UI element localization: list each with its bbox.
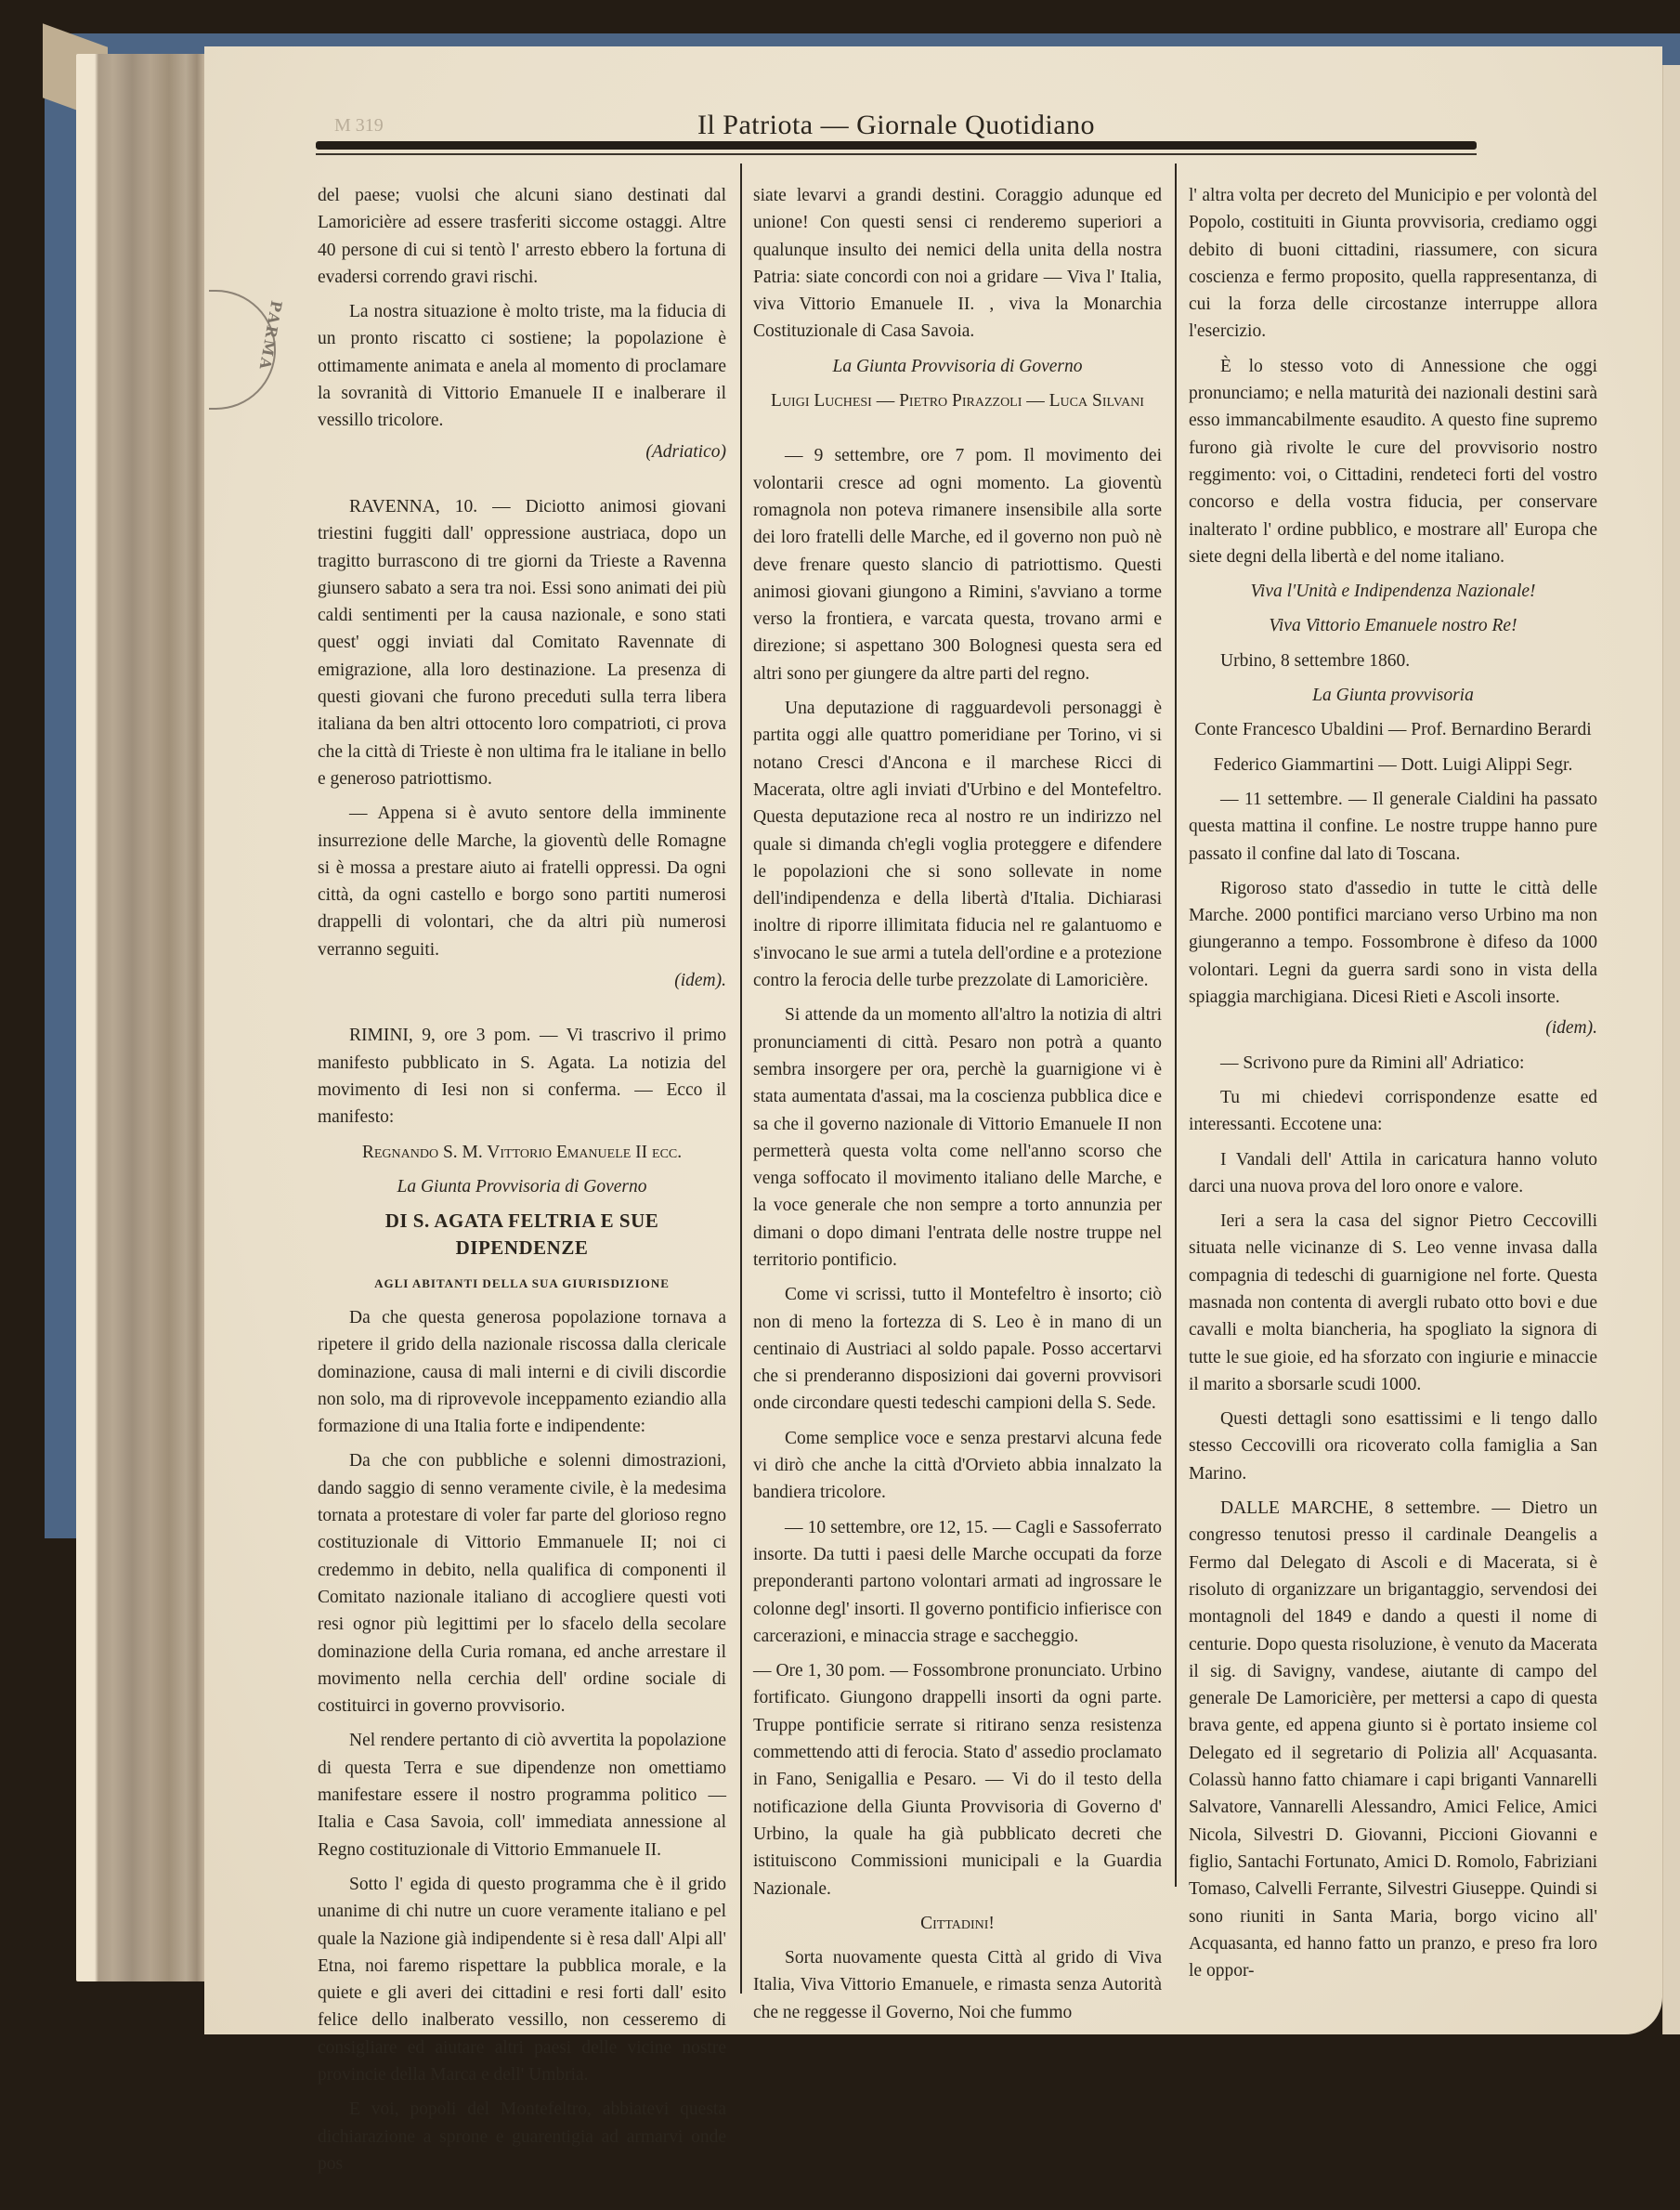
masthead-rule [316, 141, 1477, 150]
source-attribution: (idem). [318, 967, 726, 994]
paragraph: del paese; vuolsi che alcuni siano desti… [318, 182, 726, 291]
paragraph: Viva Vittorio Emanuele nostro Re! [1189, 612, 1597, 639]
paragraph: Nel rendere pertanto di ciò avvertita la… [318, 1727, 726, 1863]
article-column-middle: siate levarvi a grandi destini. Coraggio… [753, 182, 1162, 2033]
paragraph: RIMINI, 9, ore 3 pom. — Vi trascrivo il … [318, 1022, 726, 1131]
paragraph: La Giunta provvisoria [1189, 682, 1597, 709]
spacer [318, 1001, 726, 1022]
paragraph: — 9 settembre, ore 7 pom. Il movimento d… [753, 442, 1162, 687]
paragraph: Si attende da un momento all'altro la no… [753, 1001, 1162, 1274]
paragraph: Regnando S. M. Vittorio Emanuele II ecc. [318, 1139, 726, 1166]
page-edges [76, 54, 206, 1981]
paragraph: Ieri a sera la casa del signor Pietro Ce… [1189, 1208, 1597, 1398]
column-divider-2 [1175, 163, 1177, 1887]
paragraph: Federico Giammartini — Dott. Luigi Alipp… [1189, 752, 1597, 778]
paragraph: La Giunta Provvisoria di Governo [753, 353, 1162, 380]
paragraph: Come vi scrissi, tutto il Montefeltro è … [753, 1281, 1162, 1417]
paragraph: — Ore 1, 30 pom. — Fossombrone pronuncia… [753, 1657, 1162, 1903]
next-page-edge [1662, 65, 1680, 2034]
section-heading: AGLI ABITANTI DELLA SUA GIURISDIZIONE [318, 1270, 726, 1297]
paragraph: — 10 settembre, ore 12, 15. — Cagli e Sa… [753, 1514, 1162, 1650]
paragraph: Sorta nuovamente questa Città al grido d… [753, 1944, 1162, 2026]
paragraph: Rigoroso stato d'assedio in tutte le cit… [1189, 875, 1597, 1011]
masthead-rule-thin [316, 153, 1477, 155]
paragraph: DALLE MARCHE, 8 settembre. — Dietro un c… [1189, 1495, 1597, 1984]
paragraph: Tu mi chiedevi corrispondenze esatte ed … [1189, 1084, 1597, 1139]
paragraph: Cittadini! [753, 1910, 1162, 1937]
section-heading: DI S. AGATA FELTRIA E SUE DIPENDENZE [318, 1208, 726, 1262]
paragraph: — Appena si è avuto sentore della immine… [318, 800, 726, 963]
source-attribution: (idem). [1189, 1014, 1597, 1041]
paragraph: Da che questa generosa popolazione torna… [318, 1304, 726, 1440]
paragraph: Sotto l' egida di questo programma che è… [318, 1871, 726, 2088]
paragraph: Viva l'Unità e Indipendenza Nazionale! [1189, 578, 1597, 605]
paragraph: Come semplice voce e senza prestarvi alc… [753, 1425, 1162, 1507]
masthead-title: Il Patriota — Giornale Quotidiano [316, 110, 1477, 141]
paragraph: I Vandali dell' Attila in caricatura han… [1189, 1146, 1597, 1201]
spacer [318, 473, 726, 493]
paragraph: Una deputazione di ragguardevoli persona… [753, 695, 1162, 994]
paragraph: E voi, popoli del Montefeltro, abbiatevi… [318, 2096, 726, 2177]
source-attribution: (Adriatico) [318, 438, 726, 465]
paragraph: RAVENNA, 10. — Diciotto animosi giovani … [318, 493, 726, 792]
paragraph: Luigi Luchesi — Pietro Pirazzoli — Luca … [753, 387, 1162, 414]
paragraph: — 11 settembre. — Il generale Cialdini h… [1189, 786, 1597, 868]
paragraph: Urbino, 8 settembre 1860. [1189, 647, 1597, 674]
paragraph: siate levarvi a grandi destini. Coraggio… [753, 182, 1162, 346]
paragraph: — Scrivono pure da Rimini all' Adriatico… [1189, 1050, 1597, 1077]
spacer [753, 422, 1162, 442]
paragraph: Da che con pubbliche e solenni dimostraz… [318, 1447, 726, 1720]
article-column-right: l' altra volta per decreto del Municipio… [1189, 182, 1597, 1992]
column-divider-1 [740, 163, 742, 1994]
paragraph: Conte Francesco Ubaldini — Prof. Bernard… [1189, 716, 1597, 743]
paragraph: La Giunta Provvisoria di Governo [318, 1173, 726, 1200]
paragraph: l' altra volta per decreto del Municipio… [1189, 182, 1597, 346]
paragraph: Questi dettagli sono esattissimi e li te… [1189, 1406, 1597, 1487]
paragraph: È lo stesso voto di Annessione che oggi … [1189, 353, 1597, 570]
paragraph: La nostra situazione è molto triste, ma … [318, 298, 726, 434]
article-column-left: del paese; vuolsi che alcuni siano desti… [318, 182, 726, 2185]
